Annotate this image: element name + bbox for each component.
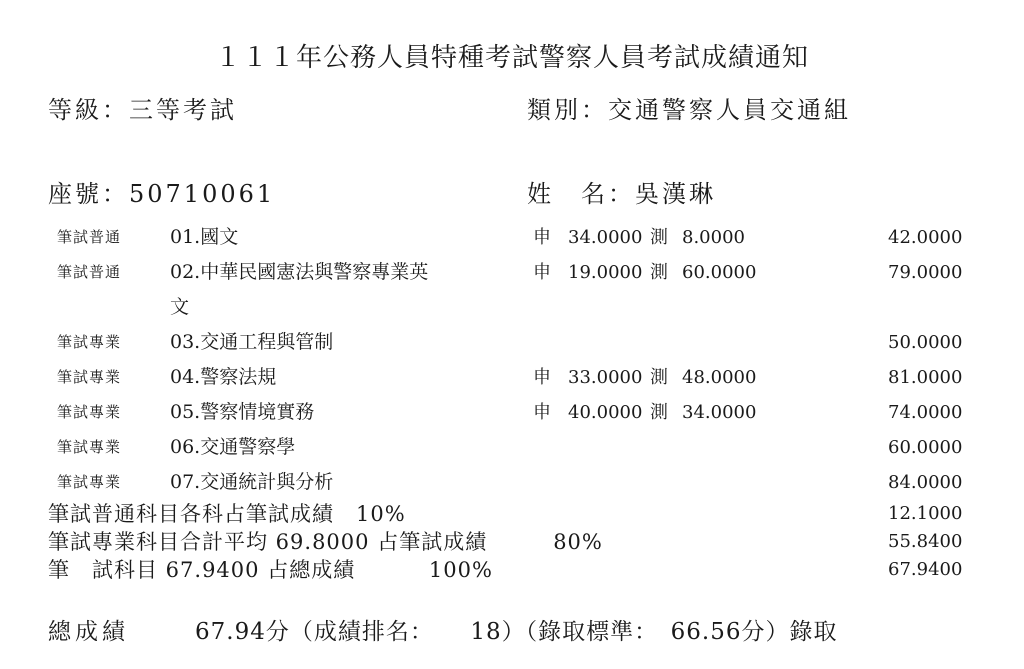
row-total-score: 79.0000	[888, 255, 962, 290]
row-total-score: 50.0000	[888, 325, 962, 360]
score-table: 筆試普通 01.國文 申 34.0000 測 8.0000 42.0000 筆試…	[0, 220, 1024, 500]
row-total-score: 84.0000	[888, 465, 962, 500]
row-subject: 03.交通工程與管制	[170, 325, 435, 360]
score-notice-document: １１１年公務人員特種考試警察人員考試成績通知 等級：三等考試 類別：交通警察人員…	[0, 0, 1024, 669]
table-row: 筆試普通 01.國文 申 34.0000 測 8.0000 42.0000	[0, 220, 1024, 255]
row-total-score: 42.0000	[888, 220, 962, 255]
table-row: 筆試專業 05.警察情境實務 申 40.0000 測 34.0000 74.00…	[0, 395, 1024, 430]
row-subject: 06.交通警察學	[170, 430, 435, 465]
ce-label: 測	[650, 255, 668, 290]
ce-score: 60.0000	[682, 255, 756, 290]
ce-score: 48.0000	[682, 360, 756, 395]
table-row: 筆試專業 06.交通警察學 60.0000	[0, 430, 1024, 465]
table-row: 筆試普通 02.中華民國憲法與警察專業英文 申 19.0000 測 60.000…	[0, 255, 1024, 325]
shen-label: 申	[533, 255, 551, 290]
shen-label: 申	[533, 395, 551, 430]
row-group-label: 筆試專業	[57, 360, 121, 395]
summary-value: 12.1000	[888, 500, 962, 528]
table-row: 筆試專業 03.交通工程與管制 50.0000	[0, 325, 1024, 360]
row-total-score: 81.0000	[888, 360, 962, 395]
table-row: 筆試專業 07.交通統計與分析 84.0000	[0, 465, 1024, 500]
total-score-value: 67.94分（成績排名： 18）（錄取標準： 66.56分）錄取	[195, 614, 837, 650]
summary-text: 筆試普通科目各科占筆試成績 10%	[48, 500, 406, 528]
summary-row: 筆試專業科目合計平均 69.8000 占筆試成績 80% 55.8400	[0, 528, 1024, 556]
row-subject: 02.中華民國憲法與警察專業英文	[170, 255, 435, 325]
row-subject: 01.國文	[170, 220, 435, 255]
row-group-label: 筆試普通	[57, 255, 121, 290]
ce-score: 8.0000	[682, 220, 745, 255]
page-title: １１１年公務人員特種考試警察人員考試成績通知	[0, 38, 1024, 78]
row-group-label: 筆試專業	[57, 325, 121, 360]
row-subject: 05.警察情境實務	[170, 395, 435, 430]
row-group-label: 筆試專業	[57, 430, 121, 465]
seat-number-label: 座號：50710061	[48, 178, 275, 210]
row-group-label: 筆試專業	[57, 465, 121, 500]
summary-text: 筆試專業科目合計平均 69.8000 占筆試成績 80%	[48, 528, 603, 556]
summary-row: 筆 試科目 67.9400 占總成績 100% 67.9400	[0, 556, 1024, 584]
candidate-name-label: 姓 名：吳漢琳	[527, 178, 716, 210]
exam-category-label: 類別：交通警察人員交通組	[527, 94, 851, 126]
shen-score: 34.0000	[568, 220, 648, 255]
row-subject: 07.交通統計與分析	[170, 465, 435, 500]
summary-value: 55.8400	[888, 528, 962, 556]
ce-label: 測	[650, 220, 668, 255]
row-group-label: 筆試專業	[57, 395, 121, 430]
summary-row: 筆試普通科目各科占筆試成績 10% 12.1000	[0, 500, 1024, 528]
row-total-score: 60.0000	[888, 430, 962, 465]
summary-section: 筆試普通科目各科占筆試成績 10% 12.1000 筆試專業科目合計平均 69.…	[0, 500, 1024, 584]
ce-label: 測	[650, 395, 668, 430]
summary-value: 67.9400	[888, 556, 962, 584]
total-score-label: 總成績	[48, 614, 129, 650]
shen-score: 33.0000	[568, 360, 648, 395]
row-total-score: 74.0000	[888, 395, 962, 430]
shen-label: 申	[533, 360, 551, 395]
shen-score: 19.0000	[568, 255, 648, 290]
exam-level-label: 等級：三等考試	[48, 94, 237, 126]
shen-label: 申	[533, 220, 551, 255]
row-subject: 04.警察法規	[170, 360, 435, 395]
summary-text: 筆 試科目 67.9400 占總成績 100%	[48, 556, 493, 584]
ce-label: 測	[650, 360, 668, 395]
row-group-label: 筆試普通	[57, 220, 121, 255]
table-row: 筆試專業 04.警察法規 申 33.0000 測 48.0000 81.0000	[0, 360, 1024, 395]
shen-score: 40.0000	[568, 395, 648, 430]
ce-score: 34.0000	[682, 395, 756, 430]
